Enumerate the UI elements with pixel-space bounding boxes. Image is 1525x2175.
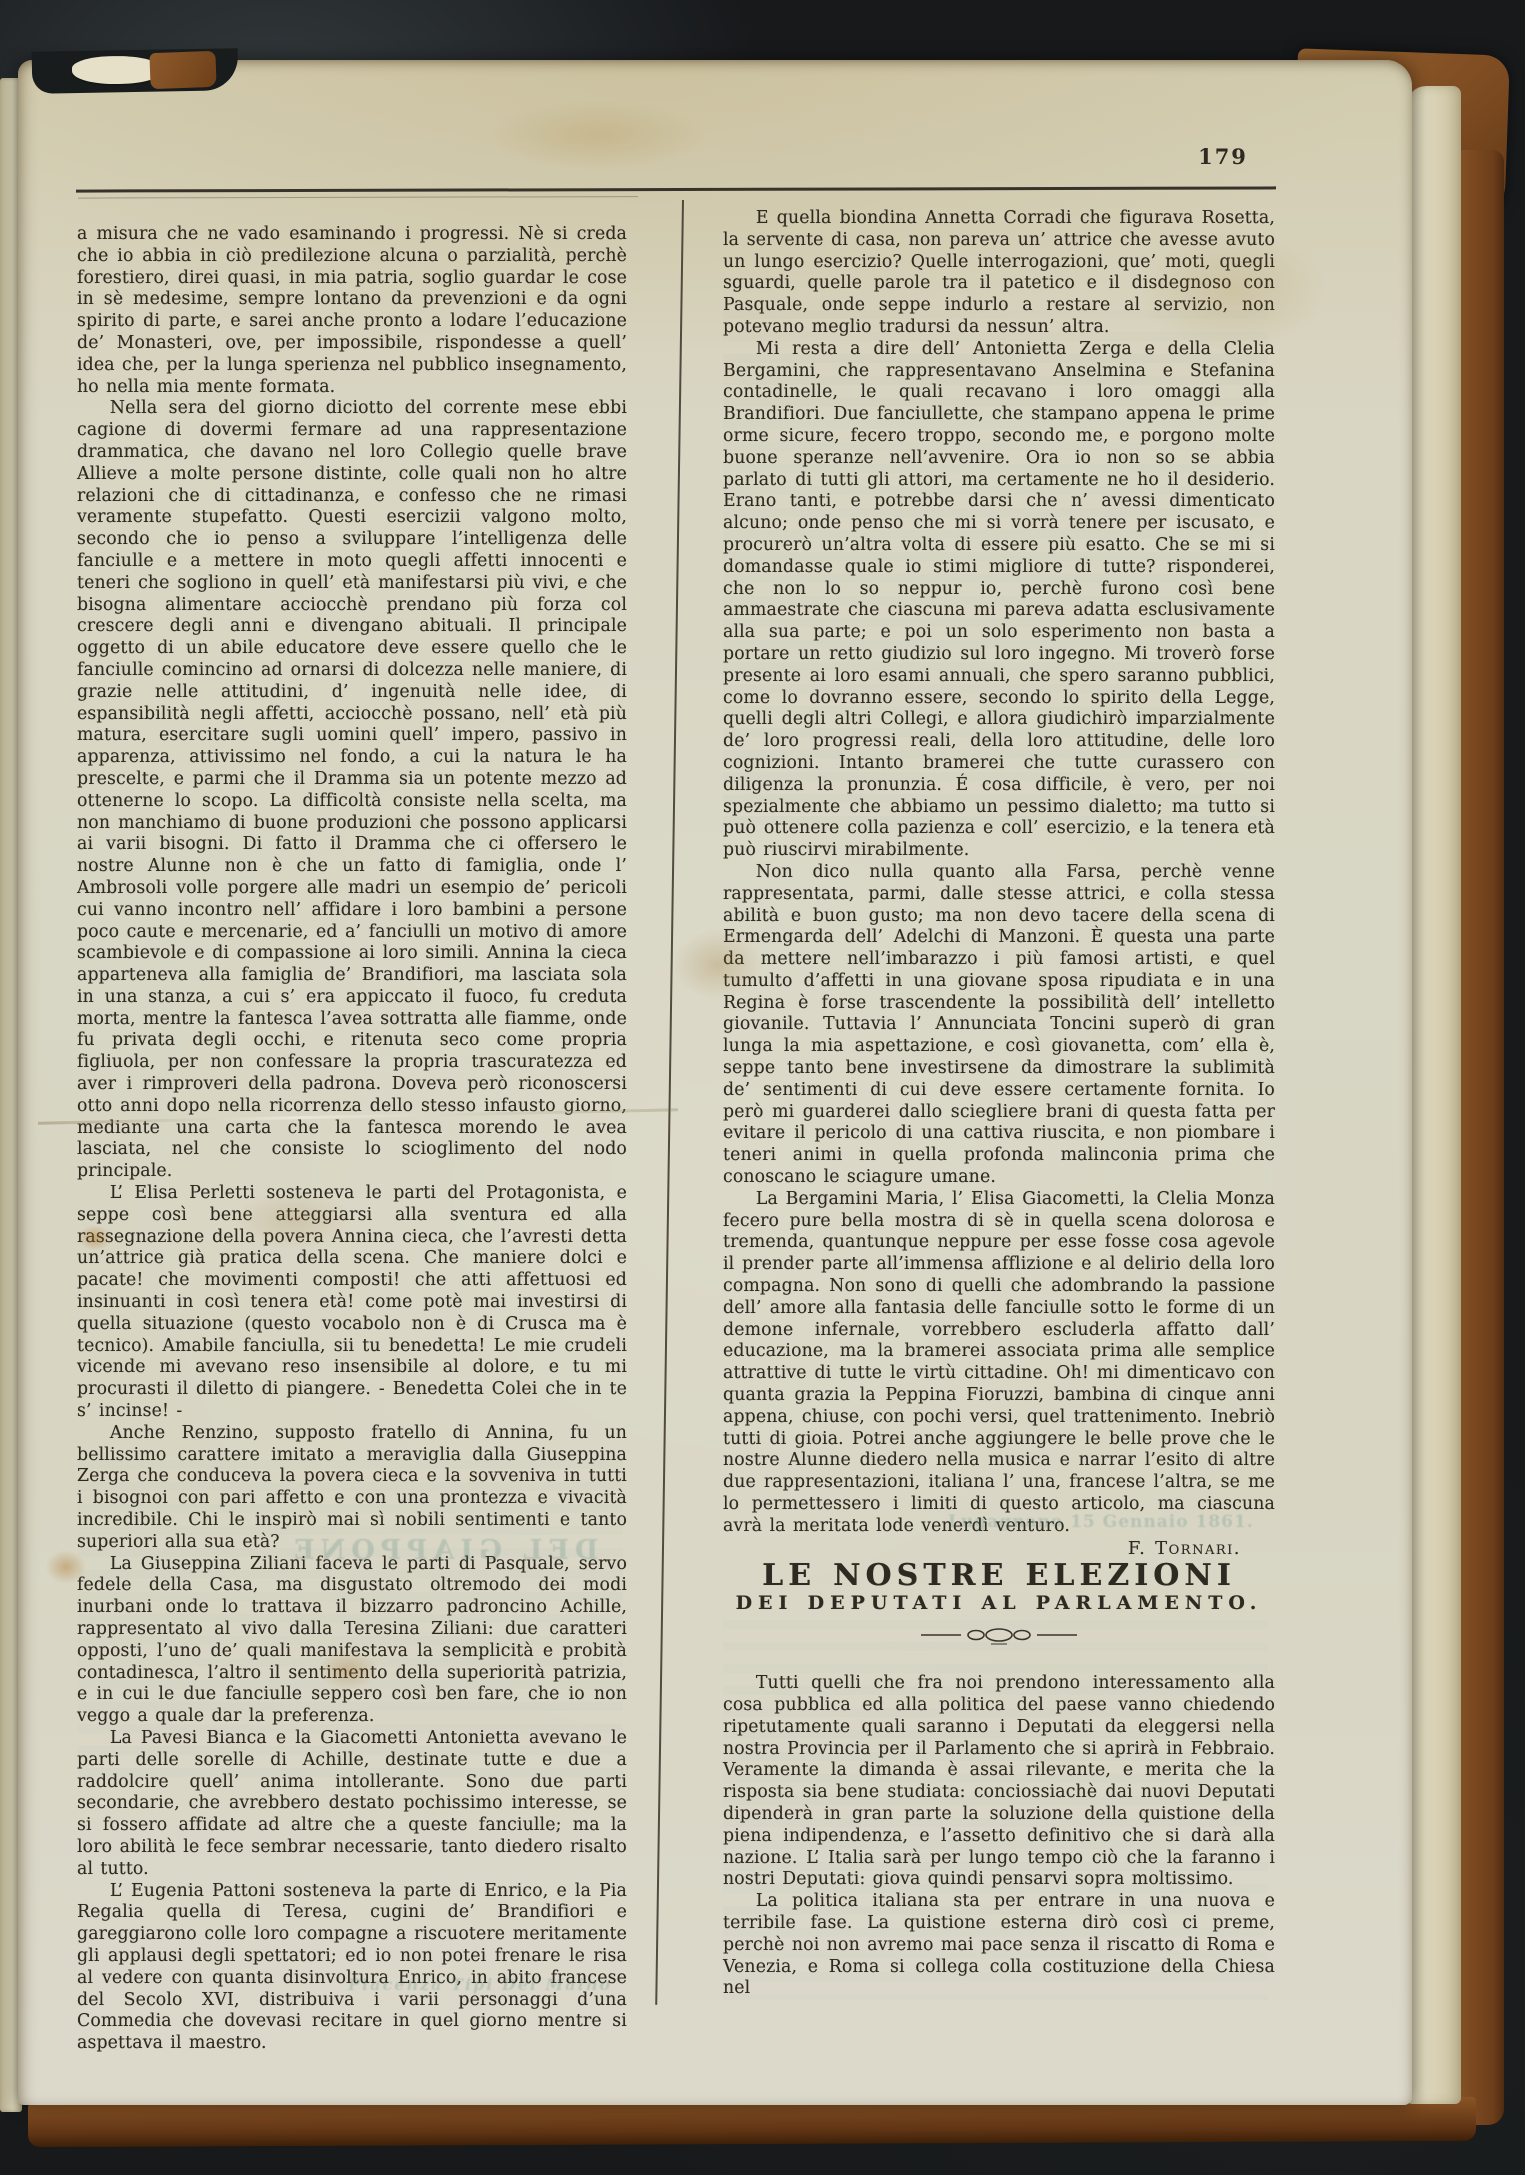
scanned-book-photo: { "page": { "number": "179", "colors": {… <box>0 0 1525 2175</box>
body-text-paragraph: La politica italiana sta per entrare in … <box>723 1891 1275 2000</box>
article-body: Tutti quelli che fra noi prendono intere… <box>723 1673 1275 2000</box>
left-text-column: a misura che ne vado esaminando i progre… <box>77 224 627 2055</box>
leather-patch <box>149 51 216 89</box>
body-text-paragraph: E quella biondina Annetta Corradi che fi… <box>723 208 1275 339</box>
header-rule <box>76 186 1276 192</box>
article-subtitle: DEI DEPUTATI AL PARLAMENTO. <box>723 1593 1275 1615</box>
chain-ornament-icon <box>919 1627 1079 1647</box>
body-text-paragraph: L’ Elisa Perletti sosteneva le parti del… <box>77 1183 627 1423</box>
body-text-paragraph: Nella sera del giorno diciotto del corre… <box>77 398 627 1183</box>
body-text-paragraph: a misura che ne vado esaminando i progre… <box>77 224 627 398</box>
page-stack-right-edge <box>1406 86 1461 2104</box>
author-signature: F. Tornari. <box>723 1538 1275 1560</box>
body-text-paragraph: L’ Eugenia Pattoni sosteneva la parte di… <box>77 1881 627 2055</box>
body-text-paragraph: La Giuseppina Ziliani faceva le parti di… <box>77 1554 627 1728</box>
body-text-paragraph: Non dico nulla quanto alla Farsa, perchè… <box>723 862 1275 1189</box>
paper-stain <box>488 100 708 170</box>
body-text-paragraph: Tutti quelli che fra noi prendono intere… <box>723 1673 1275 1891</box>
page-number: 179 <box>1168 144 1278 169</box>
right-text-column: E quella biondina Annetta Corradi che fi… <box>723 208 1275 2000</box>
body-text-paragraph: La Bergamini Maria, l’ Elisa Giacometti,… <box>723 1189 1275 1538</box>
body-text-paragraph: La Pavesi Bianca e la Giacometti Antonie… <box>77 1728 627 1881</box>
book-page: 179 a misura che ne vado esaminando i pr… <box>18 60 1412 2105</box>
body-text-paragraph: Mi resta a dire dell’ Antonietta Zerga e… <box>723 339 1275 862</box>
column-divider-rule <box>655 200 684 2005</box>
article-title: LE NOSTRE ELEZIONI <box>723 1559 1275 1593</box>
body-text-paragraph: Anche Renzino, supposto fratello di Anni… <box>77 1423 627 1554</box>
